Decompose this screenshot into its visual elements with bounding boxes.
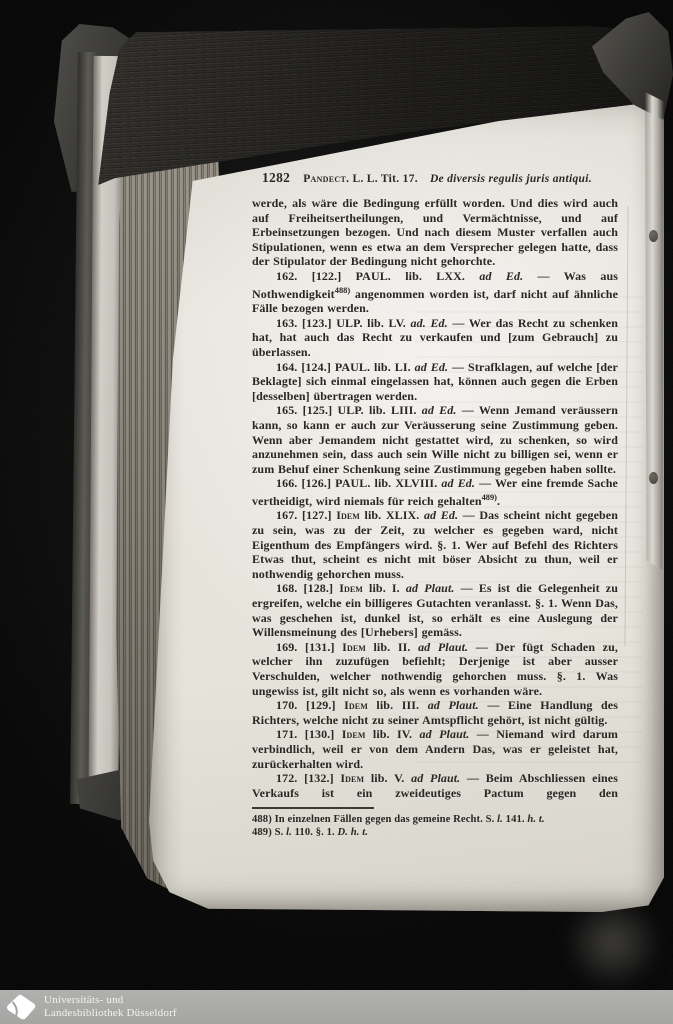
footnote-rule	[252, 807, 374, 809]
page-content: 1282 Pandect. L. L. Tit. 17. De diversis…	[252, 170, 618, 840]
page-body: werde, als wäre die Bedingung erfüllt wo…	[252, 196, 618, 800]
paragraph: 162. [122.] PAUL. lib. LXX. ad Ed. — Was…	[252, 269, 618, 316]
footnote: 489) S. l. 110. §. 1. D. h. t.	[252, 826, 618, 840]
library-banner: Universitäts- und Landesbibliothek Düsse…	[0, 990, 673, 1024]
library-name-line2: Landesbibliothek Düsseldorf	[44, 1007, 177, 1021]
chapter-title: De diversis regulis juris antiqui.	[430, 173, 592, 185]
book-page: 1282 Pandect. L. L. Tit. 17. De diversis…	[146, 86, 664, 912]
page-number: 1282	[262, 170, 290, 186]
paragraph: 163. [123.] ULP. lib. LV. ad. Ed. — Wer …	[252, 316, 618, 360]
page-scratch-mark	[624, 206, 628, 646]
paragraph: 167. [127.] Idem lib. XLIX. ad Ed. — Das…	[252, 508, 618, 581]
paragraph: 165. [125.] ULP. lib. LIII. ad Ed. — Wen…	[252, 403, 618, 476]
paragraph: 172. [132.] Idem lib. V. ad Plaut. — Bei…	[252, 771, 618, 800]
stitch-knot-icon	[649, 230, 658, 242]
book-scan-photo: 1282 Pandect. L. L. Tit. 17. De diversis…	[0, 0, 673, 1024]
running-title-work: Pandect.	[303, 173, 349, 185]
footnote: 488) In einzelnen Fällen gegen das gemei…	[252, 813, 618, 827]
paragraph: 168. [128.] Idem lib. I. ad Plaut. — Es …	[252, 581, 618, 639]
paragraph: 170. [129.] Idem lib. III. ad Plaut. — E…	[252, 698, 618, 727]
paragraph: 169. [131.] Idem lib. II. ad Plaut. — De…	[252, 640, 618, 698]
paragraph: 166. [126.] PAUL. lib. XLVIII. ad Ed. — …	[252, 476, 618, 508]
binding-stitches	[645, 92, 664, 570]
library-name-line1: Universitäts- und	[44, 994, 177, 1008]
running-title: Pandect. L. L. Tit. 17.	[303, 173, 418, 185]
running-title-ref: L. L. Tit. 17.	[352, 173, 417, 185]
footnotes: 488) In einzelnen Fällen gegen das gemei…	[252, 813, 618, 840]
page-header: 1282 Pandect. L. L. Tit. 17. De diversis…	[262, 170, 618, 186]
library-name: Universitäts- und Landesbibliothek Düsse…	[44, 994, 177, 1021]
stitch-knot-icon	[649, 472, 658, 484]
paragraph: 164. [124.] PAUL. lib. LI. ad Ed. — Stra…	[252, 360, 618, 404]
paragraph: werde, als wäre die Bedingung erfüllt wo…	[252, 196, 618, 269]
ulb-logo-icon	[4, 993, 38, 1021]
paragraph: 171. [130.] Idem lib. IV. ad Plaut. — Ni…	[252, 727, 618, 771]
